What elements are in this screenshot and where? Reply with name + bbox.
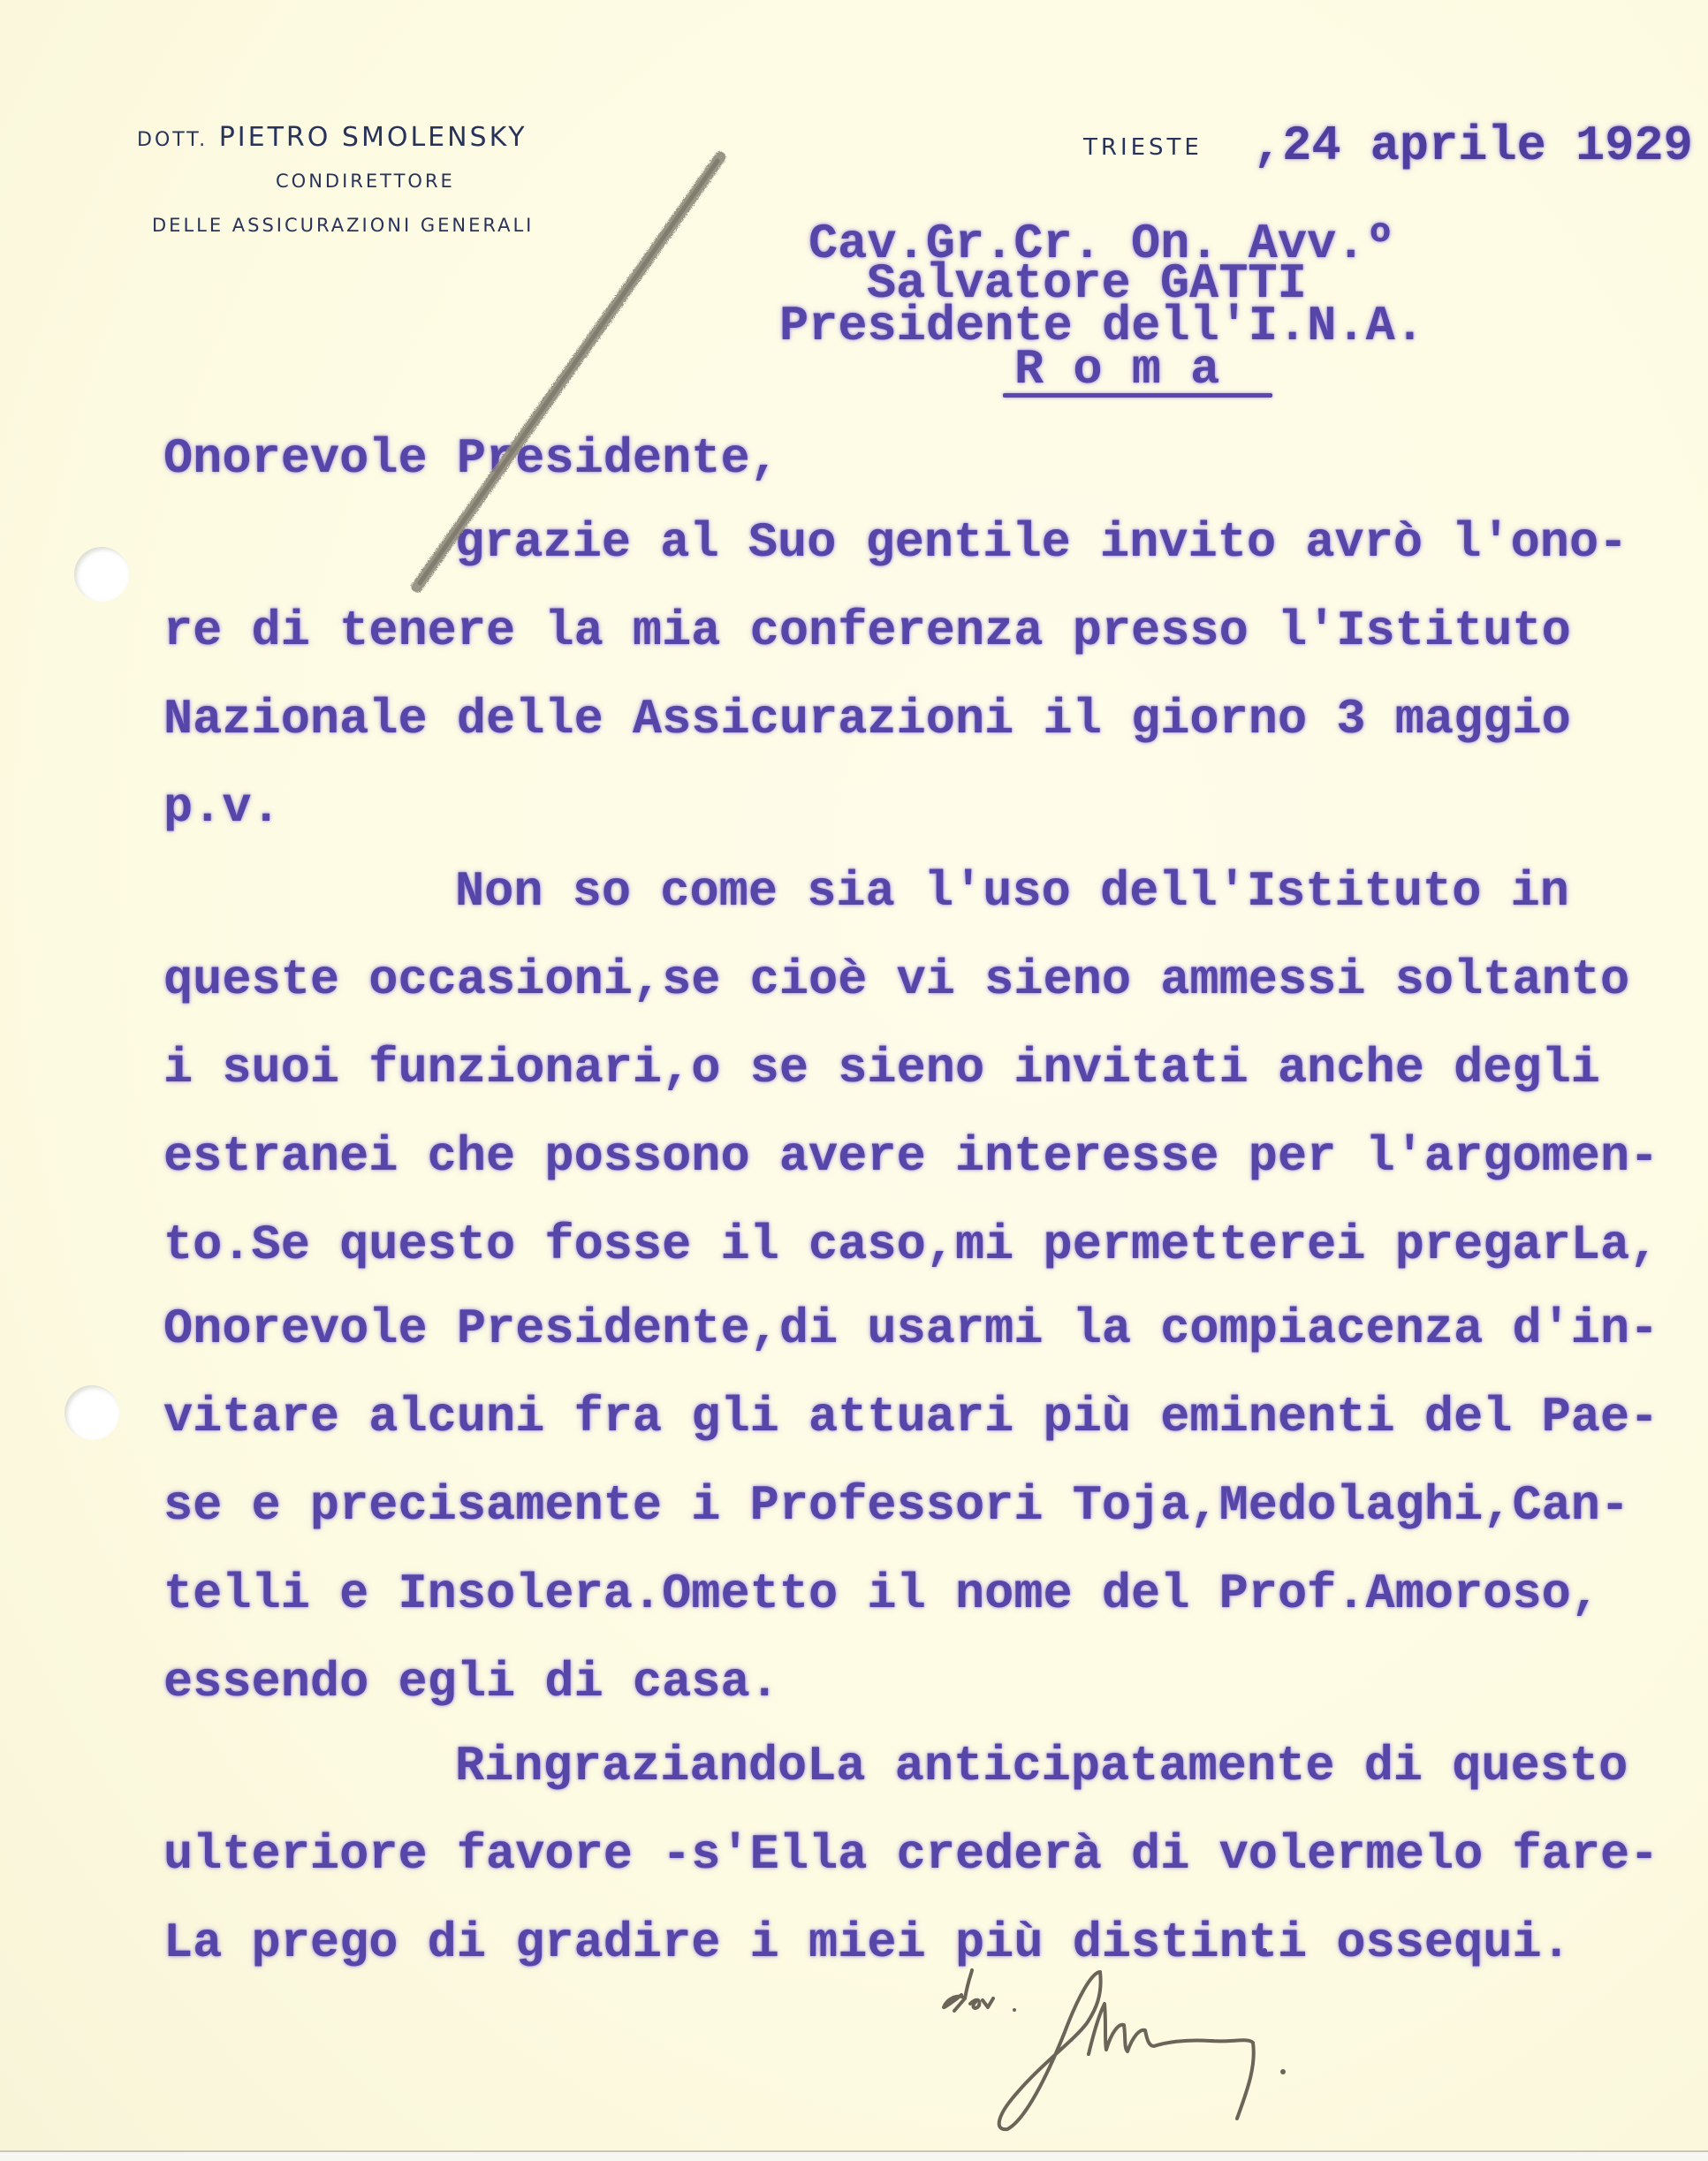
- body-line: queste occasioni,se cioè vi sieno ammess…: [163, 952, 1629, 1009]
- body-line: Onorevole Presidente,di usarmi la compia…: [163, 1301, 1659, 1358]
- body-line: essendo egli di casa.: [163, 1655, 779, 1711]
- letterhead-title: CONDIRETTORE: [276, 171, 455, 192]
- body-line: Nazionale delle Assicurazioni il giorno …: [163, 692, 1571, 748]
- body-line: ulteriore favore -s'Ella crederà di vole…: [163, 1827, 1659, 1884]
- body-line: i suoi funzionari,o se sieno invitati an…: [163, 1041, 1600, 1097]
- letterhead-name-text: PIETRO SMOLENSKY: [219, 122, 528, 153]
- punch-hole-bottom: [65, 1385, 119, 1440]
- recipient-city: R o m a: [1014, 342, 1219, 398]
- letterhead-company: DELLE ASSICURAZIONI GENERALI: [152, 215, 534, 236]
- closing-line: La prego di gradire i miei più distinti …: [163, 1915, 1571, 1972]
- body-line: grazie al Suo gentile invito avrò l'ono-: [455, 515, 1628, 572]
- recipient-city-underline: [1003, 393, 1272, 398]
- body-line: p.v.: [163, 780, 281, 837]
- body-line: re di tenere la mia conferenza presso l'…: [163, 603, 1571, 660]
- scan-background: [0, 2152, 1708, 2161]
- letterhead-city: TRIESTE: [1083, 134, 1203, 161]
- letterhead-name-prefix: Dott.: [137, 129, 208, 151]
- body-line: vitare alcuni fra gli attuari più eminen…: [163, 1390, 1659, 1446]
- body-line: RingraziandoLa anticipatamente di questo: [455, 1739, 1628, 1795]
- body-line: Non so come sia l'uso dell'Istituto in: [455, 864, 1569, 921]
- punch-hole-top: [74, 547, 129, 602]
- body-line: se e precisamente i Professori Toja,Medo…: [163, 1478, 1629, 1535]
- letterhead-name: Dott. PIETRO SMOLENSKY: [137, 122, 528, 153]
- body-line: telli e Insolera.Ometto il nome del Prof…: [163, 1566, 1600, 1623]
- salutation: Onorevole Presidente,: [163, 431, 779, 488]
- letter-date: ,24 aprile 1929: [1253, 118, 1693, 175]
- body-line: estranei che possono avere interesse per…: [163, 1129, 1659, 1186]
- body-line: to.Se questo fosse il caso,mi permettere…: [163, 1217, 1659, 1274]
